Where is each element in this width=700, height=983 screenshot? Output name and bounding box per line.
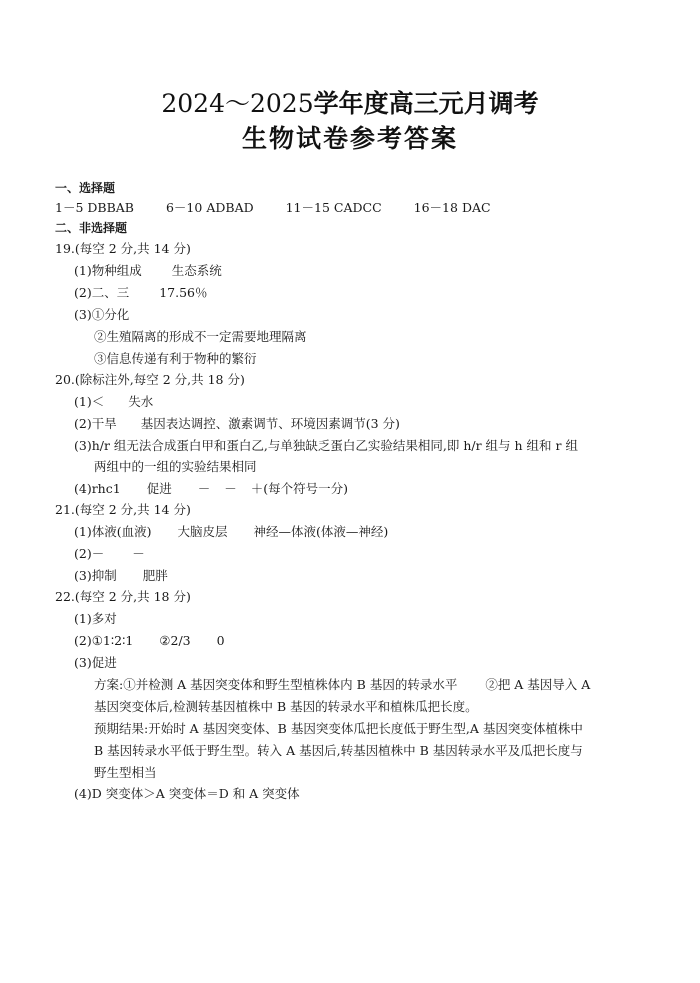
q20-part3-cont: 两组中的一组的实验结果相同 bbox=[94, 459, 257, 475]
q22-heading: 22.(每空 2 分,共 18 分) bbox=[55, 589, 191, 605]
mc-letters-2: ADBAD bbox=[206, 200, 253, 215]
q21-p3-b: 肥胖 bbox=[143, 568, 168, 583]
q20-p2-a: (2)干旱 bbox=[74, 416, 117, 431]
q19-part2: (2)二、三17.56％ bbox=[74, 285, 208, 301]
section-1-heading: 一、选择题 bbox=[55, 180, 115, 196]
q19-p1-b: 生态系统 bbox=[172, 263, 222, 278]
section-2-heading: 二、非选择题 bbox=[55, 220, 127, 236]
q20-p2-b: 基因表达调控、激素调节、环境因素调节(3 分) bbox=[141, 416, 400, 431]
q20-p4-c: － bbox=[198, 481, 211, 496]
q22-expected-line2: B 基因转录水平低于野生型。转入 A 基因后,转基因植株中 B 基因转录水平及瓜… bbox=[94, 743, 583, 759]
q21-p1-a: (1)体液(血液) bbox=[74, 524, 151, 539]
q19-part3: (3)①分化 bbox=[74, 307, 129, 323]
q19-heading: 19.(每空 2 分,共 14 分) bbox=[55, 241, 191, 257]
q19-part1: (1)物种组成生态系统 bbox=[74, 263, 222, 279]
q21-part1: (1)体液(血液)大脑皮层神经—体液(体液—神经) bbox=[74, 524, 388, 540]
q21-p1-b: 大脑皮层 bbox=[177, 524, 227, 539]
q20-p4-b: 促进 bbox=[147, 481, 172, 496]
mc-letters-4: DAC bbox=[462, 200, 491, 215]
mc-letters-3: CADCC bbox=[334, 200, 382, 215]
q20-part3: (3)h/r 组无法合成蛋白甲和蛋白乙,与单独缺乏蛋白乙实验结果相同,即 h/r… bbox=[74, 438, 578, 454]
q20-part2: (2)干旱基因表达调控、激素调节、环境因素调节(3 分) bbox=[74, 416, 400, 432]
title-text: 学年度高三元月调考 bbox=[314, 89, 539, 118]
q22-part1: (1)多对 bbox=[74, 611, 117, 627]
q20-p4-d: － bbox=[224, 481, 237, 496]
q20-heading: 20.(除标注外,每空 2 分,共 18 分) bbox=[55, 372, 245, 388]
q21-p2-b: － bbox=[132, 546, 145, 561]
q22-part2: (2)①1∶2∶1②2/30 bbox=[74, 633, 225, 649]
q19-p2-b: 17.56％ bbox=[159, 285, 207, 300]
title-year: 2024～2025 bbox=[161, 89, 313, 118]
q19-p1-a: (1)物种组成 bbox=[74, 263, 142, 278]
q21-part2: (2)－－ bbox=[74, 546, 145, 562]
q22-plan-line2: 基因突变体后,检测转基因植株中 B 基因的转录水平和植株瓜把长度。 bbox=[94, 699, 478, 715]
q22-plan-line1: 方案:①并检测 A 基因突变体和野生型植株体内 B 基因的转录水平②把 A 基因… bbox=[94, 677, 590, 693]
q22-part4: (4)D 突变体＞A 突变体＝D 和 A 突变体 bbox=[74, 786, 300, 802]
mc-range-4: 16－18 bbox=[414, 200, 458, 215]
q19-p2-a: (2)二、三 bbox=[74, 285, 129, 300]
q20-part1: (1)＜失水 bbox=[74, 394, 153, 410]
q21-heading: 21.(每空 2 分,共 14 分) bbox=[55, 502, 191, 518]
q19-part3-2: ②生殖隔离的形成不一定需要地理隔离 bbox=[94, 329, 307, 345]
q21-p1-c: 神经—体液(体液—神经) bbox=[253, 524, 388, 539]
q20-p1-a: (1)＜ bbox=[74, 394, 104, 409]
q22-p2-c: 0 bbox=[217, 633, 225, 648]
mc-answers: 1－5 DBBAB 6－10 ADBAD 11－15 CADCC 16－18 D… bbox=[55, 200, 491, 216]
title-line-1: 2024～2025学年度高三元月调考 bbox=[0, 84, 700, 120]
q21-p2-a: (2)－ bbox=[74, 546, 104, 561]
q19-part3-3: ③信息传递有利于物种的繁衍 bbox=[94, 351, 257, 367]
q21-p3-a: (3)抑制 bbox=[74, 568, 117, 583]
q20-p4-e: ＋(每个符号一分) bbox=[251, 481, 348, 496]
mc-range-1: 1－5 bbox=[55, 200, 83, 215]
q22-p2-b: ②2/3 bbox=[159, 633, 190, 648]
subtitle: 生物试卷参考答案 bbox=[0, 119, 700, 155]
mc-range-3: 11－15 bbox=[286, 200, 330, 215]
q20-part4: (4)rhc1促进－－＋(每个符号一分) bbox=[74, 481, 348, 497]
q22-plan-a: 方案:①并检测 A 基因突变体和野生型植株体内 B 基因的转录水平 bbox=[94, 677, 457, 692]
q22-plan-b: ②把 A 基因导入 A bbox=[485, 677, 590, 692]
q22-expected-line1: 预期结果:开始时 A 基因突变体、B 基因突变体瓜把长度低于野生型,A 基因突变… bbox=[94, 721, 583, 737]
q21-part3: (3)抑制肥胖 bbox=[74, 568, 168, 584]
q22-p2-a: (2)①1∶2∶1 bbox=[74, 633, 133, 648]
q22-expected-line3: 野生型相当 bbox=[94, 765, 157, 781]
q22-part3: (3)促进 bbox=[74, 655, 117, 671]
q20-p1-b: 失水 bbox=[128, 394, 153, 409]
mc-letters-1: DBBAB bbox=[87, 200, 134, 215]
q20-p4-a: (4)rhc1 bbox=[74, 481, 121, 496]
mc-range-2: 6－10 bbox=[166, 200, 202, 215]
